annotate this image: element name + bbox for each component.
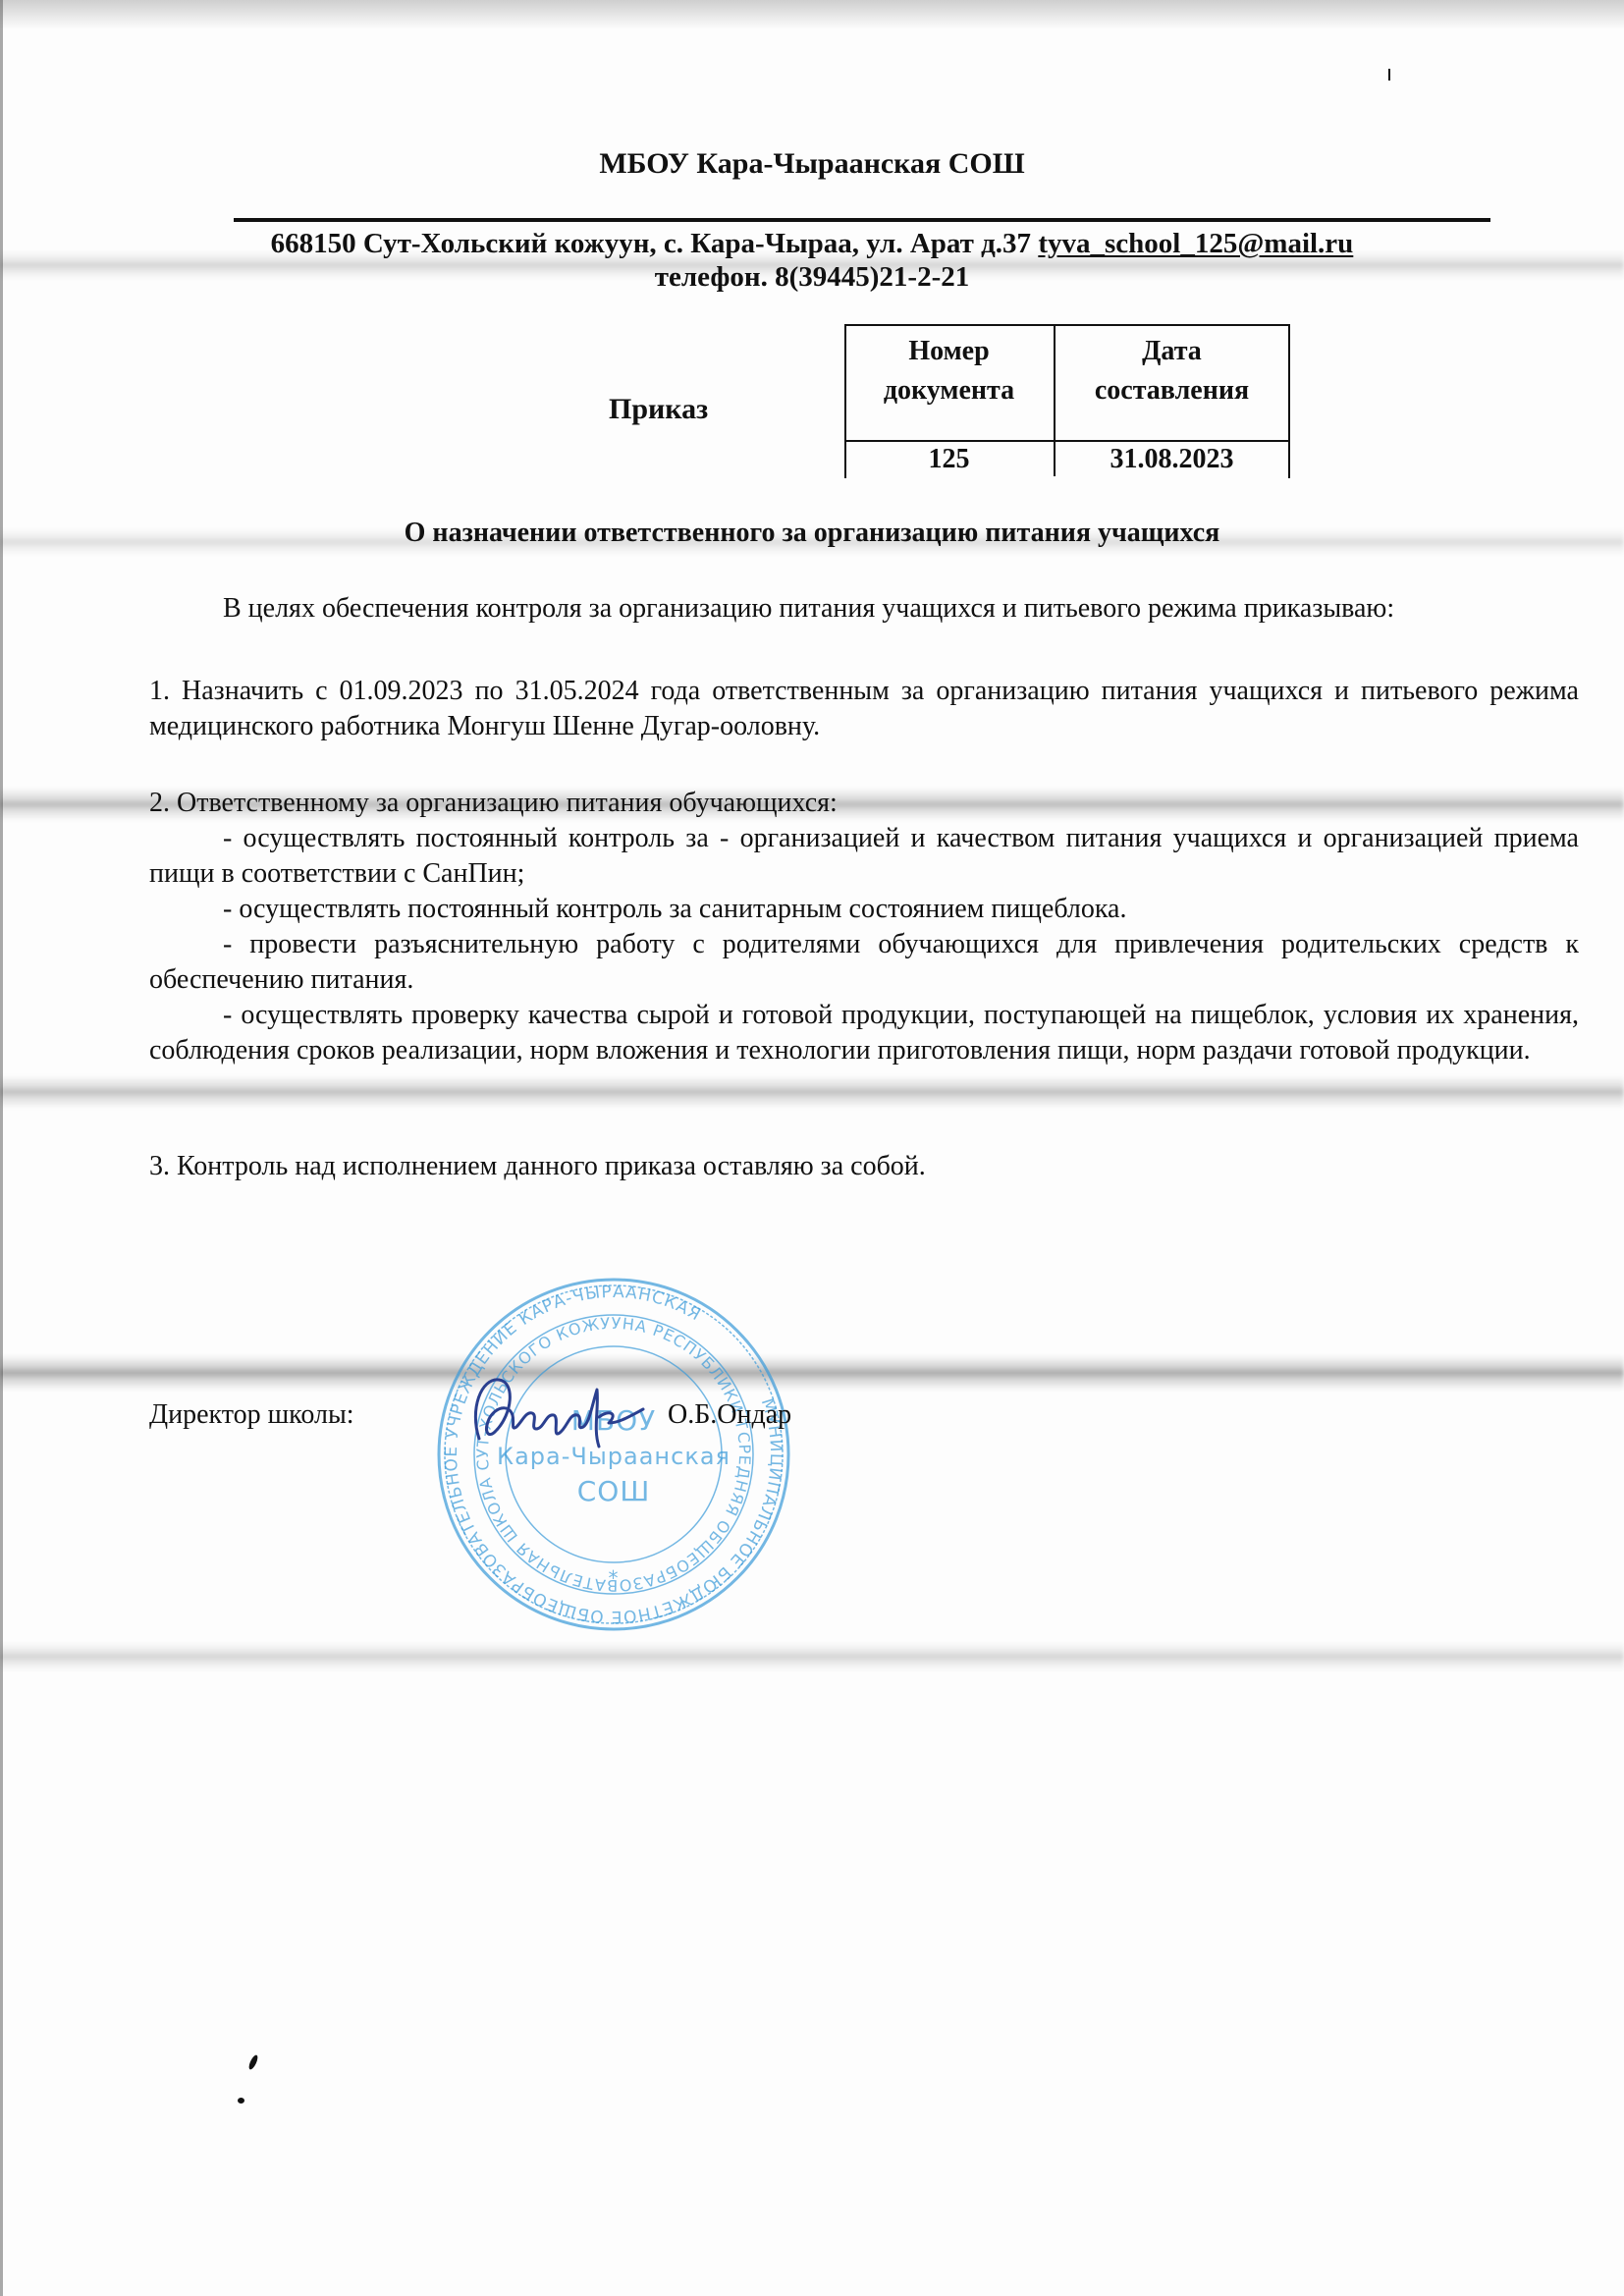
handwritten-signature-icon: [461, 1370, 648, 1449]
document-subject: О назначении ответственного за организац…: [0, 518, 1624, 549]
header-line: составления: [1056, 371, 1288, 410]
scan-speck: [238, 2098, 244, 2104]
document-date: 31.08.2023: [1056, 440, 1288, 479]
document-number: 125: [844, 440, 1054, 479]
signatory-name: О.Б.Ондар: [668, 1399, 791, 1431]
order-item-1: 1. Назначить с 01.09.2023 по 31.05.2024 …: [149, 674, 1579, 744]
scan-streak: [0, 1355, 1624, 1391]
scan-streak: [0, 1075, 1624, 1109]
svg-text:*: *: [609, 1566, 620, 1590]
item-2-point: - провести разъяснительную работу с роди…: [149, 927, 1579, 998]
item-2-point: - осуществлять постоянный контроль за са…: [149, 892, 1579, 927]
document-type: Приказ: [609, 393, 708, 426]
scan-top-band: [0, 0, 1624, 29]
table-header-number: Номер документа: [844, 332, 1054, 410]
item-2-point: - осуществлять постоянный контроль за - …: [149, 821, 1579, 892]
official-stamp-icon: МУНИЦИПАЛЬНОЕ БЮДЖЕТНОЕ ОБЩЕОБРАЗОВАТЕЛЬ…: [432, 1273, 795, 1636]
intro-text: В целях обеспечения контроля за организа…: [149, 591, 1579, 627]
organization-name: МБОУ Кара-Чыраанская СОШ: [0, 147, 1624, 181]
item-2-title: 2. Ответственному за организацию питания…: [149, 786, 1579, 821]
header-line: документа: [844, 371, 1054, 410]
signatory-title: Директор школы:: [149, 1399, 354, 1431]
header-line: Номер: [844, 332, 1054, 371]
table-header-date: Дата составления: [1056, 332, 1288, 410]
svg-text:СОШ: СОШ: [577, 1475, 651, 1507]
header-line: Дата: [1056, 332, 1288, 371]
intro-paragraph: В целях обеспечения контроля за организа…: [149, 591, 1579, 627]
item-1-text: 1. Назначить с 01.09.2023 по 31.05.2024 …: [149, 674, 1579, 744]
scan-left-edge: [0, 0, 3, 2296]
item-3-text: 3. Контроль над исполнением данного прик…: [149, 1149, 1579, 1184]
header-divider: [234, 218, 1490, 222]
order-item-2: 2. Ответственному за организацию питания…: [149, 786, 1579, 1068]
organization-phone: телефон. 8(39445)21-2-21: [0, 261, 1624, 294]
scan-speck: [247, 2053, 259, 2070]
item-2-point: - осуществлять проверку качества сырой и…: [149, 998, 1579, 1068]
organization-address: 668150 Сут-Хольский кожуун, с. Кара-Чыра…: [0, 228, 1624, 260]
order-item-3: 3. Контроль над исполнением данного прик…: [149, 1149, 1579, 1184]
document-meta-table: Номер документа Дата составления 125 31.…: [844, 324, 1288, 476]
scan-speck: [1388, 69, 1390, 81]
scan-streak: [0, 1642, 1624, 1671]
email-link[interactable]: tyva_school_125@mail.ru: [1038, 228, 1353, 259]
address-text: 668150 Сут-Хольский кожуун, с. Кара-Чыра…: [271, 228, 1031, 259]
